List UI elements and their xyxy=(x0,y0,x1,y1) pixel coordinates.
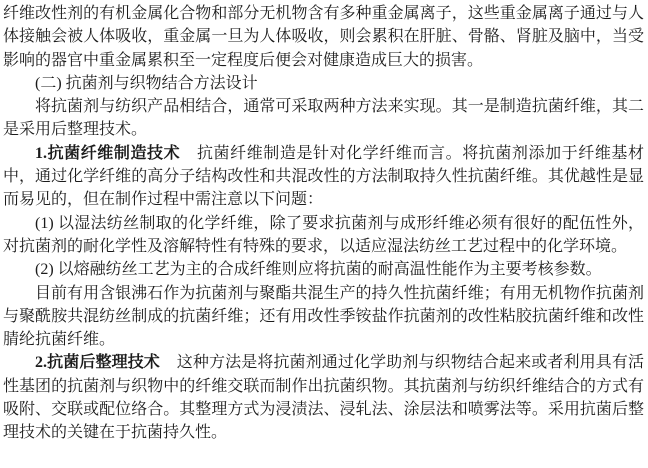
paragraph-finishing-technology: 2.抗菌后整理技术这种方法是将抗菌剂通过化学助剂与织物结合起来或者利用具有活性基… xyxy=(3,351,644,444)
paragraph-text: 目前有用含银沸石作为抗菌剂与聚酯共混生产的持久性抗菌纤维；有用无机物作抗菌剂与聚… xyxy=(3,285,644,349)
section-heading-text: (二) 抗菌剂与织物结合方法设计 xyxy=(35,75,258,92)
paragraph-current-examples: 目前有用含银沸石作为抗菌剂与聚酯共混生产的持久性抗菌纤维；有用无机物作抗菌剂与聚… xyxy=(3,282,644,352)
paragraph-heavy-metals: 纤维改性剂的有机金属化合物和部分无机物含有多种重金属离子，这些重金属离子通过与人… xyxy=(3,2,644,72)
paragraph-text: 纤维改性剂的有机金属化合物和部分无机物含有多种重金属离子，这些重金属离子通过与人… xyxy=(3,5,644,69)
run-in-heading-2: 2.抗菌后整理技术 xyxy=(35,354,160,371)
run-in-heading-1: 1.抗菌纤维制造技术 xyxy=(35,145,180,162)
paragraph-item-1-wet-spinning: (1) 以湿法纺丝制取的化学纤维，除了要求抗菌剂与成形纤维必须有很好的配伍性外，… xyxy=(3,212,644,259)
section-heading-2: (二) 抗菌剂与织物结合方法设计 xyxy=(3,72,644,95)
paragraph-item-2-melt-spinning: (2) 以熔融纺丝工艺为主的合成纤维则应将抗菌的耐高温性能作为主要考核参数。 xyxy=(3,258,644,281)
paragraph-text: (2) 以熔融纺丝工艺为主的合成纤维则应将抗菌的耐高温性能作为主要考核参数。 xyxy=(35,261,602,278)
paragraph-text: 将抗菌剂与纺织产品相结合，通常可采取两种方法来实现。其一是制造抗菌纤维，其二是采… xyxy=(3,98,644,138)
paragraph-text: (1) 以湿法纺丝制取的化学纤维，除了要求抗菌剂与成形纤维必须有很好的配伍性外，… xyxy=(3,215,644,255)
paragraph-two-methods: 将抗菌剂与纺织产品相结合，通常可采取两种方法来实现。其一是制造抗菌纤维，其二是采… xyxy=(3,95,644,142)
document-page: 纤维改性剂的有机金属化合物和部分无机物含有多种重金属离子，这些重金属离子通过与人… xyxy=(0,0,648,468)
paragraph-fiber-manufacturing: 1.抗菌纤维制造技术抗菌纤维制造是针对化学纤维而言。将抗菌剂添加于纤维基材中，通… xyxy=(3,142,644,212)
